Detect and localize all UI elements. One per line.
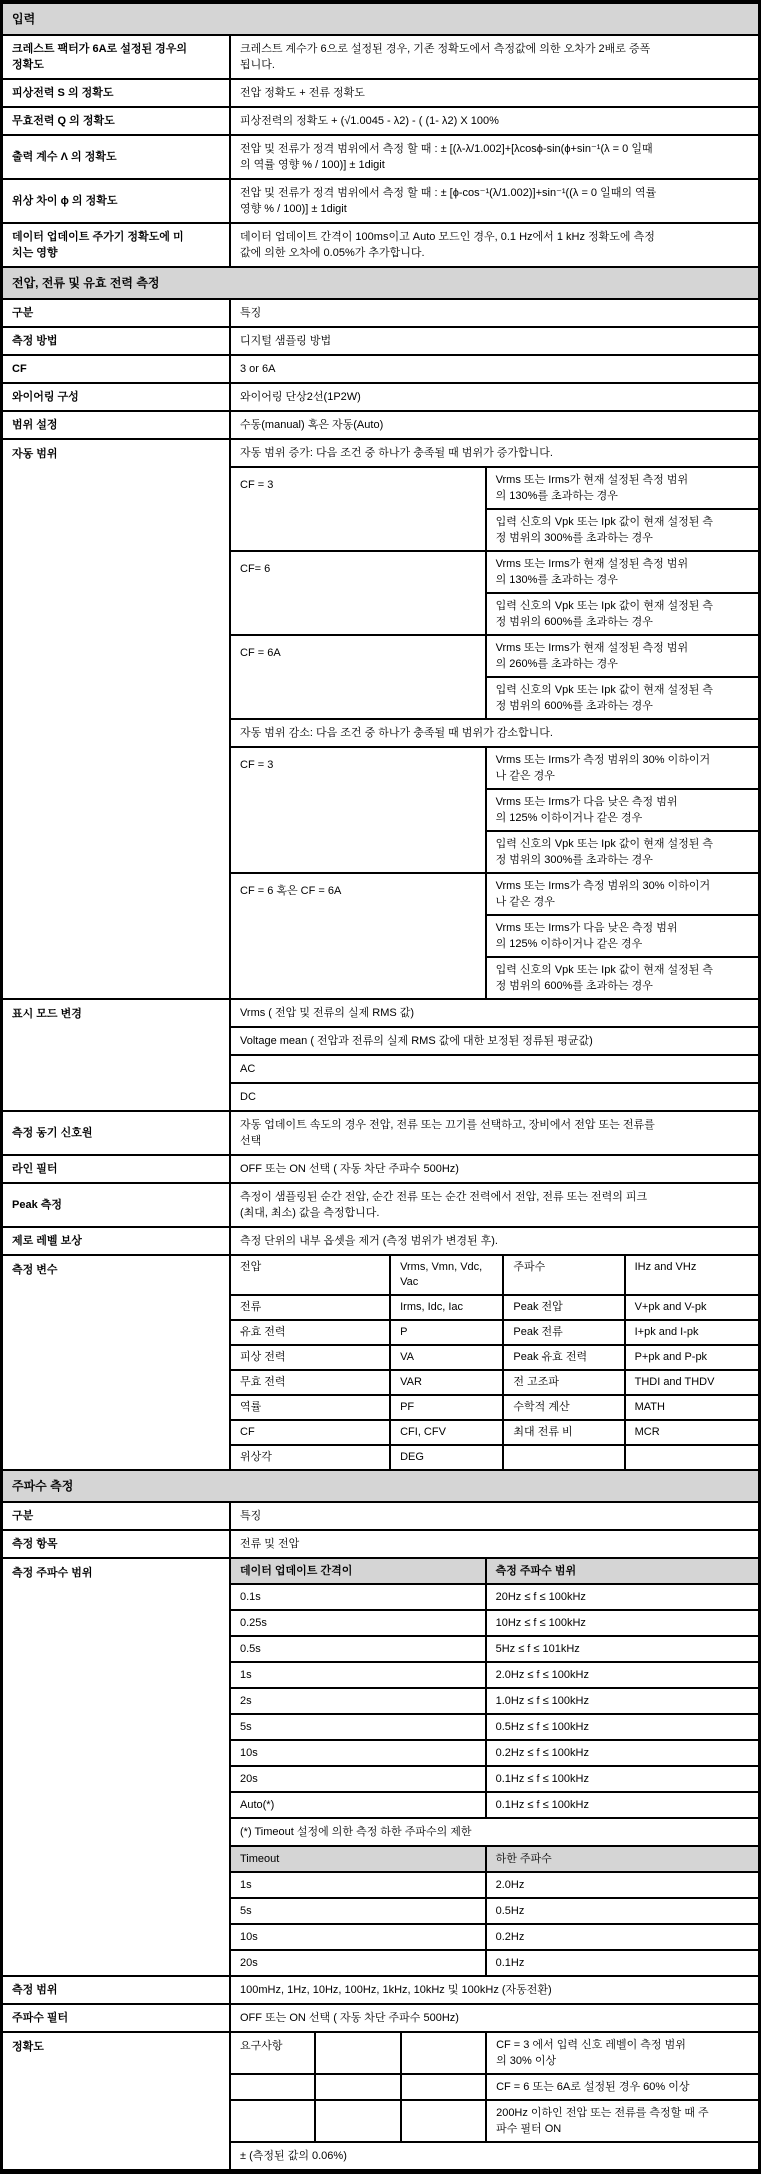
accuracy-req-row: 요구사항 CF = 3 에서 입력 신호 레벨이 측정 범위 의 30% 이상 xyxy=(231,2033,758,2073)
row-display-mode: 표시 모드 변경 Vrms ( 전압 및 전류의 실제 RMS 값) Volta… xyxy=(3,998,758,1110)
row-label: 주파수 필터 xyxy=(3,2005,231,2031)
frequency-range-header: 데이터 업데이트 간격이 측정 주파수 범위 xyxy=(231,1559,758,1583)
auto-range-increase-group-cf6a: CF = 6A Vrms 또는 Irms가 현재 설정된 측정 범위 의 260… xyxy=(231,634,758,718)
variables-row: 유효 전력 P Peak 전류 I+pk and I-pk xyxy=(231,1319,758,1344)
row-label: 와이어링 구성 xyxy=(3,384,231,410)
row-label: 자동 범위 xyxy=(3,440,231,998)
row-category: 구분 특징 xyxy=(3,298,758,326)
cf-cell: CF = 6A xyxy=(231,636,487,718)
frequency-range-row: 5s 0.5Hz ≤ f ≤ 100kHz xyxy=(231,1713,758,1739)
row-zero-level-compensation: 제로 레벨 보상 측정 단위의 내부 옵셋을 제거 (측정 범위가 변경된 후)… xyxy=(3,1226,758,1254)
empty-cell xyxy=(231,2101,316,2141)
timeout-header: Timeout 하한 주파수 xyxy=(231,1845,758,1871)
row-label: 피상전력 S 의 정확도 xyxy=(3,80,231,106)
row-label: 측정 범위 xyxy=(3,1977,231,2003)
row-cf: CF 3 or 6A xyxy=(3,354,758,382)
row-label: 구분 xyxy=(3,1503,231,1529)
row-label: 측정 방법 xyxy=(3,328,231,354)
auto-range-increase-group-cf6: CF= 6 Vrms 또는 Irms가 현재 설정된 측정 범위 의 130%를… xyxy=(231,550,758,634)
row-measurement-item: 측정 항목 전류 및 전압 xyxy=(3,1529,758,1557)
display-mode-item: DC xyxy=(231,1082,758,1110)
frequency-range-row: 0.5s 5Hz ≤ f ≤ 101kHz xyxy=(231,1635,758,1661)
condition-cell: 입력 신호의 Vpk 또는 Ipk 값이 현재 설정된 측 정 범위의 300%… xyxy=(487,508,758,550)
row-auto-range: 자동 범위 자동 범위 증가: 다음 조건 중 하나가 충족될 때 범위가 증가… xyxy=(3,438,758,998)
row-value: 디지털 샘플링 방법 xyxy=(231,328,758,354)
row-value: 전류 및 전압 xyxy=(231,1531,758,1557)
row-apparent-power-accuracy: 피상전력 S 의 정확도 전압 정확도 + 전류 정확도 xyxy=(3,78,758,106)
row-label: 제로 레벨 보상 xyxy=(3,1228,231,1254)
row-peak-measurement: Peak 측정 측정이 샘플링된 순간 전압, 순간 전류 또는 순간 전력에서… xyxy=(3,1182,758,1226)
variables-row: 전압 Vrms, Vmn, Vdc, Vac 주파수 IHz and VHz xyxy=(231,1256,758,1294)
requirement-text: CF = 3 에서 입력 신호 레벨이 측정 범위 의 30% 이상 xyxy=(487,2033,758,2073)
row-value: 특징 xyxy=(231,300,758,326)
auto-range-decrease-group-cf3: CF = 3 Vrms 또는 Irms가 측정 범위의 30% 이하이거 나 같… xyxy=(231,746,758,872)
empty-cell xyxy=(402,2075,487,2099)
row-label: 출력 계수 Λ 의 정확도 xyxy=(3,136,231,178)
timeout-row: 1s 2.0Hz xyxy=(231,1871,758,1897)
row-label: 범위 설정 xyxy=(3,412,231,438)
display-mode-item: Voltage mean ( 전압과 전류의 실제 RMS 값에 대한 보정된 … xyxy=(231,1026,758,1054)
spec-table: 입력 크레스트 팩터가 6A로 설정된 경우의 정확도 크레스트 계수가 6으로… xyxy=(0,0,761,2174)
row-label: 측정 항목 xyxy=(3,1531,231,1557)
row-value: 전압 정확도 + 전류 정확도 xyxy=(231,80,758,106)
display-mode-item: Vrms ( 전압 및 전류의 실제 RMS 값) xyxy=(231,1000,758,1026)
frequency-range-row: Auto(*) 0.1Hz ≤ f ≤ 100kHz xyxy=(231,1791,758,1817)
variables-row: 무효 전력 VAR 전 고조파 THDI and THDV xyxy=(231,1369,758,1394)
condition-cell: Vrms 또는 Irms가 다음 낮은 측정 범위 의 125% 이하이거나 같… xyxy=(487,914,758,956)
frequency-range-row: 1s 2.0Hz ≤ f ≤ 100kHz xyxy=(231,1661,758,1687)
row-value: 자동 업데이트 속도의 경우 전압, 전류 또는 끄기를 선택하고, 장비에서 … xyxy=(231,1112,758,1154)
timeout-row: 10s 0.2Hz xyxy=(231,1923,758,1949)
cf-cell: CF= 6 xyxy=(231,552,487,634)
row-value: 측정이 샘플링된 순간 전압, 순간 전류 또는 순간 전력에서 전압, 전류 … xyxy=(231,1184,758,1226)
condition-cell: Vrms 또는 Irms가 측정 범위의 30% 이하이거 나 같은 경우 xyxy=(487,748,758,788)
row-reactive-power-accuracy: 무효전력 Q 의 정확도 피상전력의 정확도 + (√1.0045 - λ2) … xyxy=(3,106,758,134)
timeout-note: (*) Timeout 설정에 의한 측정 하한 주파수의 제한 xyxy=(231,1817,758,1845)
variables-row: 피상 전력 VA Peak 유효 전력 P+pk and P-pk xyxy=(231,1344,758,1369)
row-value: OFF 또는 ON 선택 ( 자동 차단 주파수 500Hz) xyxy=(231,2005,758,2031)
row-label: 측정 동기 신호원 xyxy=(3,1112,231,1154)
row-data-update-effect: 데이터 업데이트 주가기 정확도에 미 치는 영향 데이터 업데이트 간격이 1… xyxy=(3,222,758,266)
condition-cell: Vrms 또는 Irms가 측정 범위의 30% 이하이거 나 같은 경우 xyxy=(487,874,758,914)
row-phase-difference-accuracy: 위상 차이 ϕ 의 정확도 전압 및 전류가 정격 범위에서 측정 할 때 : … xyxy=(3,178,758,222)
variables-row: 역률 PF 수학적 계산 MATH xyxy=(231,1394,758,1419)
row-value: 전압 및 전류가 정격 범위에서 측정 할 때 : ± [(λ-λ/1.002]… xyxy=(231,136,758,178)
section-header-frequency: 주파수 측정 xyxy=(3,1469,758,1501)
variables-table: 전압 Vrms, Vmn, Vdc, Vac 주파수 IHz and VHz 전… xyxy=(231,1256,758,1469)
condition-cell: Vrms 또는 Irms가 현재 설정된 측정 범위 의 130%를 초과하는 … xyxy=(487,468,758,508)
row-value: 크레스트 계수가 6으로 설정된 경우, 기존 정확도에서 측정값에 의한 오차… xyxy=(231,36,758,78)
cf-cell: CF = 6 혹은 CF = 6A xyxy=(231,874,487,998)
variables-row: 위상각 DEG xyxy=(231,1444,758,1469)
row-power-factor-accuracy: 출력 계수 Λ 의 정확도 전압 및 전류가 정격 범위에서 측정 할 때 : … xyxy=(3,134,758,178)
row-label: 측정 변수 xyxy=(3,1256,231,1469)
auto-range-decrease-note: 자동 범위 감소: 다음 조건 중 하나가 충족될 때 범위가 감소합니다. xyxy=(231,718,758,746)
condition-cell: 입력 신호의 Vpk 또는 Ipk 값이 현재 설정된 측 정 범위의 600%… xyxy=(487,956,758,998)
section-header-input: 입력 xyxy=(3,4,758,34)
row-crest-factor-6a-accuracy: 크레스트 팩터가 6A로 설정된 경우의 정확도 크레스트 계수가 6으로 설정… xyxy=(3,34,758,78)
frequency-range-row: 0.25s 10Hz ≤ f ≤ 100kHz xyxy=(231,1609,758,1635)
row-frequency-filter: 주파수 필터 OFF 또는 ON 선택 ( 자동 차단 주파수 500Hz) xyxy=(3,2003,758,2031)
row-value: 수동(manual) 혹은 자동(Auto) xyxy=(231,412,758,438)
requirement-label-cell: 요구사항 xyxy=(231,2033,316,2073)
accuracy-req-row: CF = 6 또는 6A로 설정된 경우 60% 이상 xyxy=(231,2073,758,2099)
requirement-text: CF = 6 또는 6A로 설정된 경우 60% 이상 xyxy=(487,2075,758,2099)
empty-cell xyxy=(402,2101,487,2141)
variables-row: 전류 Irms, Idc, Iac Peak 전압 V+pk and V-pk xyxy=(231,1294,758,1319)
accuracy-req-row: 200Hz 이하인 전압 또는 전류를 측정할 때 주 파수 필터 ON xyxy=(231,2099,758,2141)
auto-range-increase-note: 자동 범위 증가: 다음 조건 중 하나가 충족될 때 범위가 증가합니다. xyxy=(231,440,758,466)
row-label: 위상 차이 ϕ 의 정확도 xyxy=(3,180,231,222)
row-sync-source: 측정 동기 신호원 자동 업데이트 속도의 경우 전압, 전류 또는 끄기를 선… xyxy=(3,1110,758,1154)
auto-range-increase-group-cf3: CF = 3 Vrms 또는 Irms가 현재 설정된 측정 범위 의 130%… xyxy=(231,466,758,550)
row-value: 3 or 6A xyxy=(231,356,758,382)
row-label: 측정 주파수 범위 xyxy=(3,1559,231,1975)
row-value: OFF 또는 ON 선택 ( 자동 차단 주파수 500Hz) xyxy=(231,1156,758,1182)
row-line-filter: 라인 필터 OFF 또는 ON 선택 ( 자동 차단 주파수 500Hz) xyxy=(3,1154,758,1182)
empty-cell xyxy=(316,2075,401,2099)
condition-cell: Vrms 또는 Irms가 현재 설정된 측정 범위 의 130%를 초과하는 … xyxy=(487,552,758,592)
empty-cell xyxy=(316,2101,401,2141)
row-label: 표시 모드 변경 xyxy=(3,1000,231,1110)
accuracy-table: 요구사항 CF = 3 에서 입력 신호 레벨이 측정 범위 의 30% 이상 … xyxy=(231,2033,758,2169)
row-frequency-range: 측정 주파수 범위 데이터 업데이트 간격이 측정 주파수 범위 0.1s 20… xyxy=(3,1557,758,1975)
display-mode-list: Vrms ( 전압 및 전류의 실제 RMS 값) Voltage mean (… xyxy=(231,1000,758,1110)
row-category-freq: 구분 특징 xyxy=(3,1501,758,1529)
row-label: Peak 측정 xyxy=(3,1184,231,1226)
frequency-range-row: 20s 0.1Hz ≤ f ≤ 100kHz xyxy=(231,1765,758,1791)
condition-cell: Vrms 또는 Irms가 다음 낮은 측정 범위 의 125% 이하이거나 같… xyxy=(487,788,758,830)
frequency-range-table: 데이터 업데이트 간격이 측정 주파수 범위 0.1s 20Hz ≤ f ≤ 1… xyxy=(231,1559,758,1975)
empty-cell xyxy=(316,2033,401,2073)
condition-cell: Vrms 또는 Irms가 현재 설정된 측정 범위 의 260%를 초과하는 … xyxy=(487,636,758,676)
requirement-text: 200Hz 이하인 전압 또는 전류를 측정할 때 주 파수 필터 ON xyxy=(487,2101,758,2141)
row-measurement-range: 측정 범위 100mHz, 1Hz, 10Hz, 100Hz, 1kHz, 10… xyxy=(3,1975,758,2003)
row-label: 크레스트 팩터가 6A로 설정된 경우의 정확도 xyxy=(3,36,231,78)
timeout-row: 5s 0.5Hz xyxy=(231,1897,758,1923)
cf-cell: CF = 3 xyxy=(231,748,487,872)
auto-range-decrease-group-cf6-6a: CF = 6 혹은 CF = 6A Vrms 또는 Irms가 측정 범위의 3… xyxy=(231,872,758,998)
row-value: 데이터 업데이트 간격이 100ms이고 Auto 모드인 경우, 0.1 Hz… xyxy=(231,224,758,266)
row-label: CF xyxy=(3,356,231,382)
row-label: 무효전력 Q 의 정확도 xyxy=(3,108,231,134)
timeout-row: 20s 0.1Hz xyxy=(231,1949,758,1975)
condition-cell: 입력 신호의 Vpk 또는 Ipk 값이 현재 설정된 측 정 범위의 600%… xyxy=(487,592,758,634)
row-value: 피상전력의 정확도 + (√1.0045 - λ2) - ( (1- λ2) X… xyxy=(231,108,758,134)
row-wiring: 와이어링 구성 와이어링 단상2선(1P2W) xyxy=(3,382,758,410)
section-header-voltage-current-power: 전압, 전류 및 유효 전력 측정 xyxy=(3,266,758,298)
cf-cell: CF = 3 xyxy=(231,468,487,550)
frequency-range-row: 2s 1.0Hz ≤ f ≤ 100kHz xyxy=(231,1687,758,1713)
row-value: 전압 및 전류가 정격 범위에서 측정 할 때 : ± [ϕ-cos⁻¹(λ/1… xyxy=(231,180,758,222)
auto-range-table: 자동 범위 증가: 다음 조건 중 하나가 충족될 때 범위가 증가합니다. C… xyxy=(231,440,758,998)
condition-cell: 입력 신호의 Vpk 또는 Ipk 값이 현재 설정된 측 정 범위의 300%… xyxy=(487,830,758,872)
empty-cell xyxy=(231,2075,316,2099)
empty-cell xyxy=(402,2033,487,2073)
row-range-setting: 범위 설정 수동(manual) 혹은 자동(Auto) xyxy=(3,410,758,438)
row-value: 100mHz, 1Hz, 10Hz, 100Hz, 1kHz, 10kHz 및 … xyxy=(231,1977,758,2003)
row-value: 측정 단위의 내부 옵셋을 제거 (측정 범위가 변경된 후). xyxy=(231,1228,758,1254)
row-label: 데이터 업데이트 주가기 정확도에 미 치는 영향 xyxy=(3,224,231,266)
frequency-range-row: 10s 0.2Hz ≤ f ≤ 100kHz xyxy=(231,1739,758,1765)
variables-row: CF CFI, CFV 최대 전류 비 MCR xyxy=(231,1419,758,1444)
display-mode-item: AC xyxy=(231,1054,758,1082)
row-label: 정확도 xyxy=(3,2033,231,2169)
row-label: 구분 xyxy=(3,300,231,326)
accuracy-formula: ± (측정된 값의 0.06%) xyxy=(231,2141,758,2169)
row-value: 특징 xyxy=(231,1503,758,1529)
row-accuracy: 정확도 요구사항 CF = 3 에서 입력 신호 레벨이 측정 범위 의 30%… xyxy=(3,2031,758,2169)
condition-cell: 입력 신호의 Vpk 또는 Ipk 값이 현재 설정된 측 정 범위의 600%… xyxy=(487,676,758,718)
row-measurement-method: 측정 방법 디지털 샘플링 방법 xyxy=(3,326,758,354)
row-value: 와이어링 단상2선(1P2W) xyxy=(231,384,758,410)
frequency-range-row: 0.1s 20Hz ≤ f ≤ 100kHz xyxy=(231,1583,758,1609)
row-measurement-variables: 측정 변수 전압 Vrms, Vmn, Vdc, Vac 주파수 IHz and… xyxy=(3,1254,758,1469)
row-label: 라인 필터 xyxy=(3,1156,231,1182)
